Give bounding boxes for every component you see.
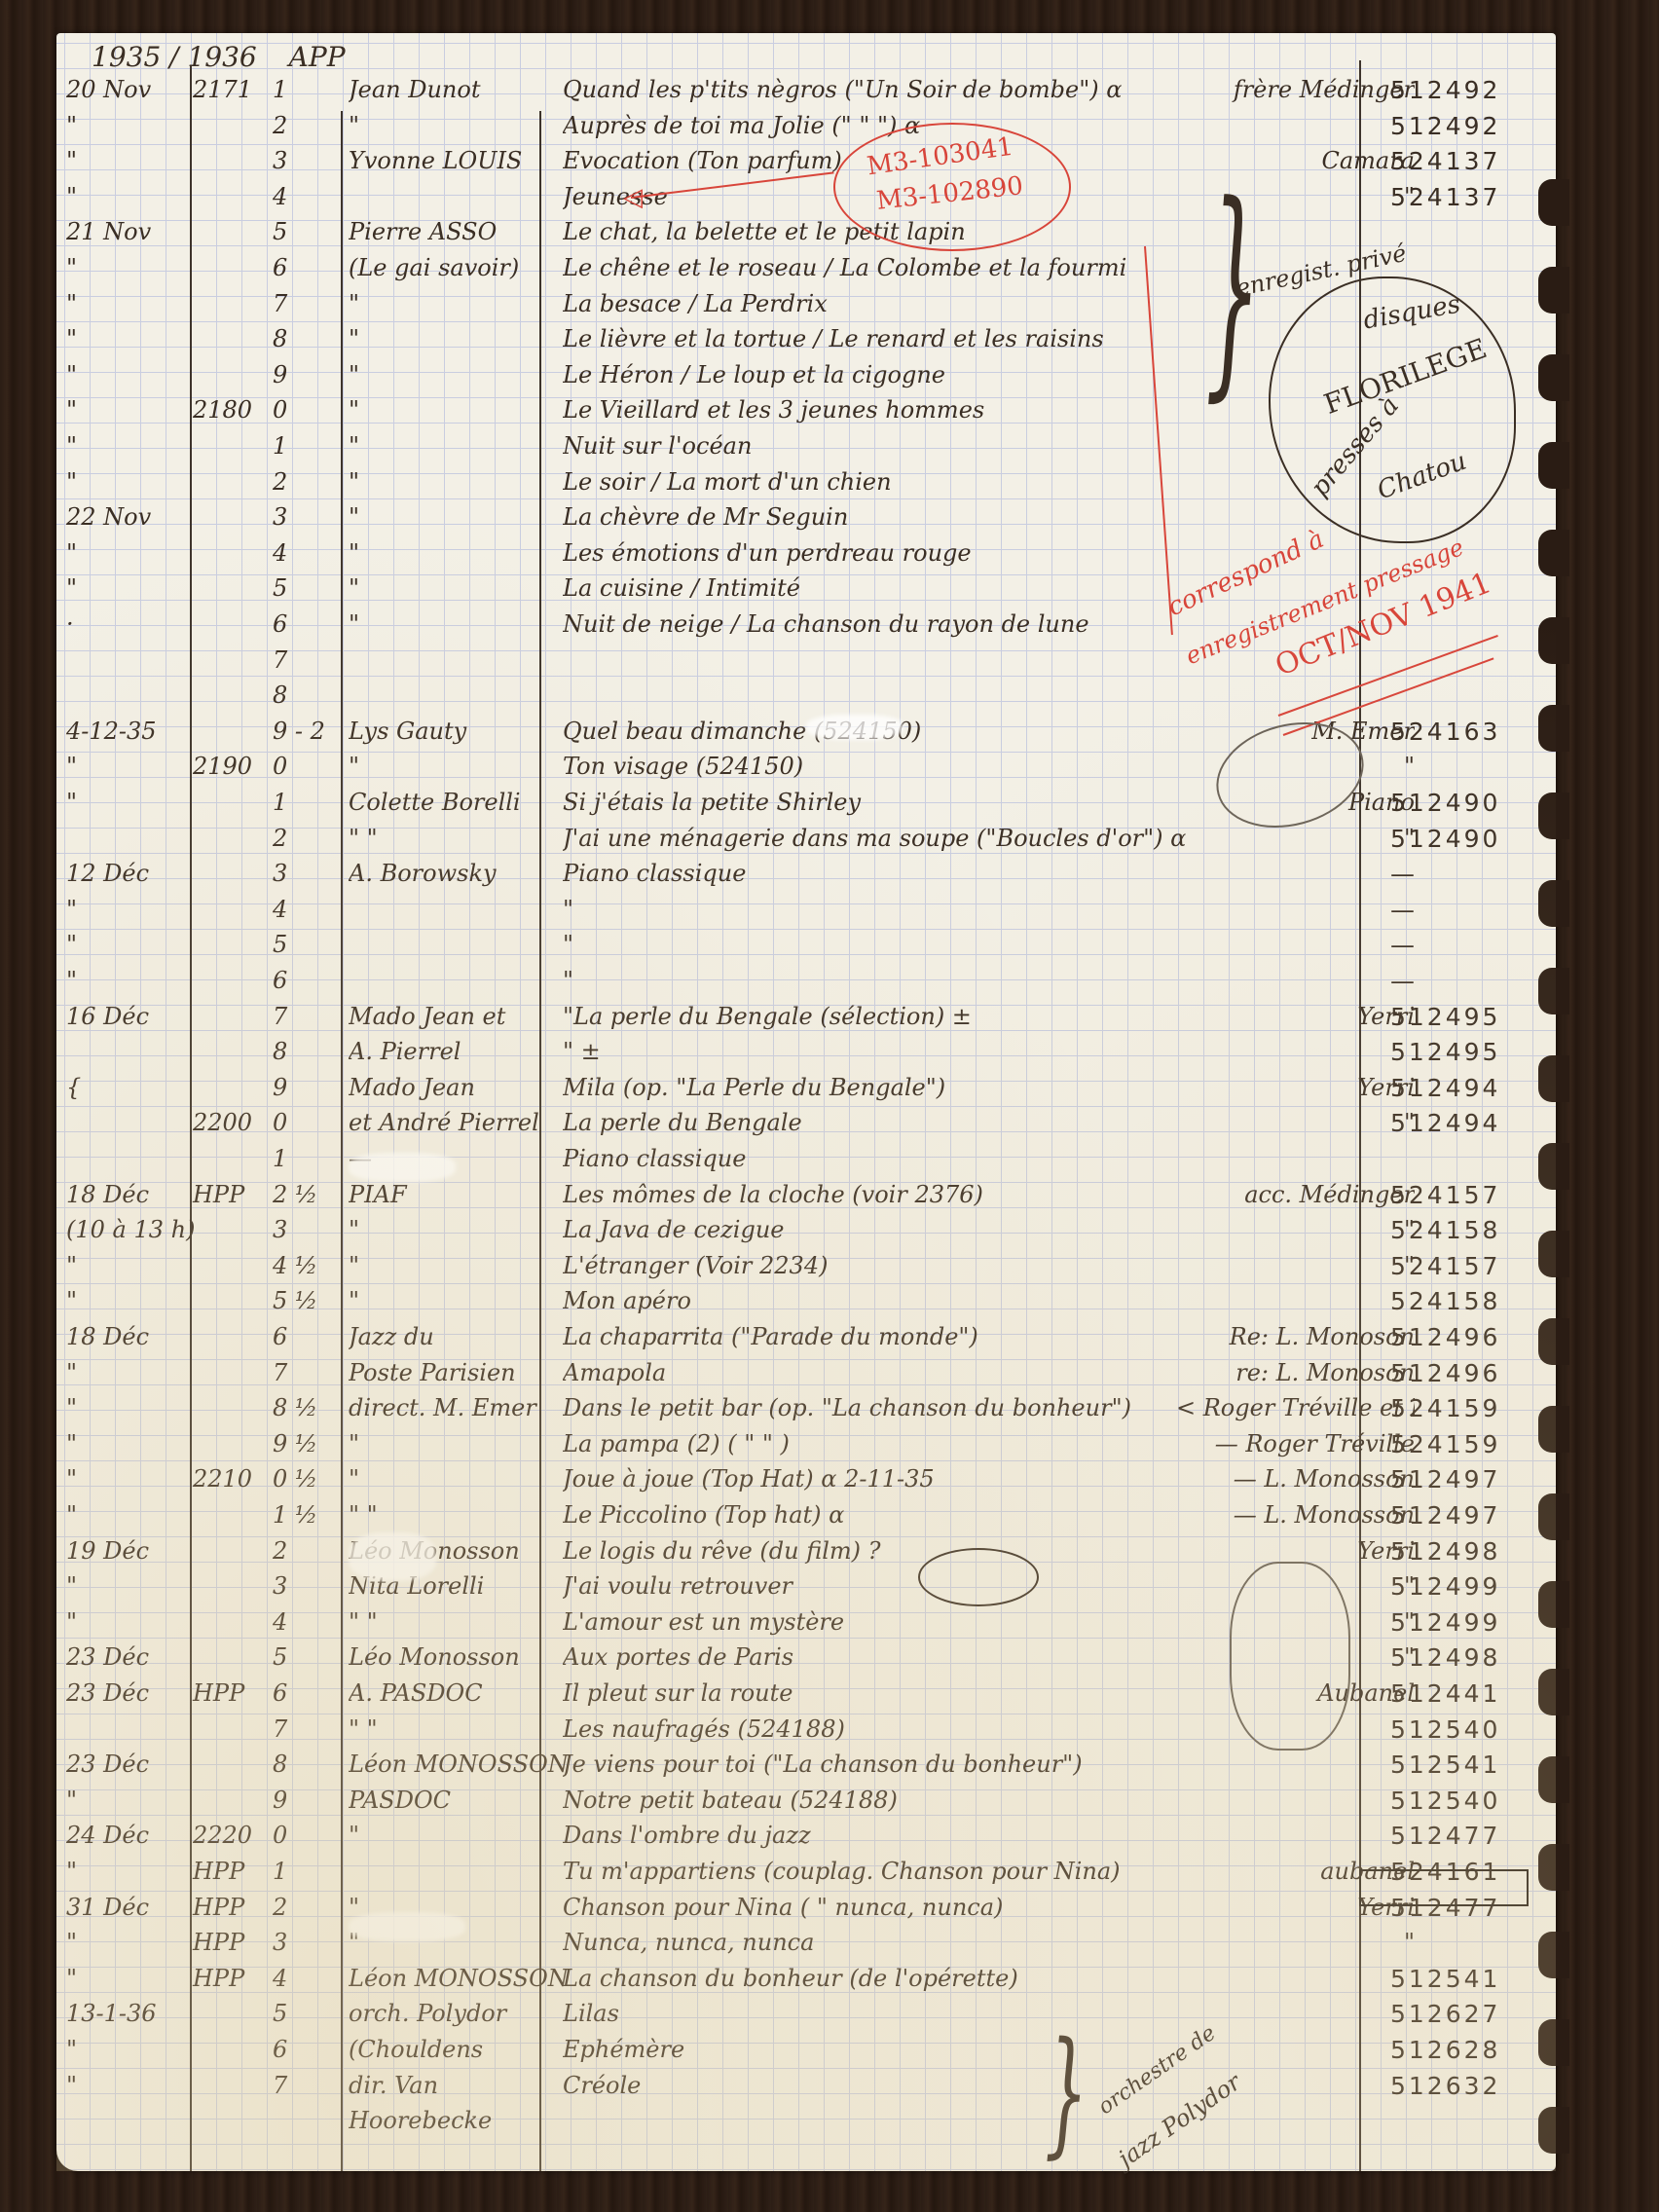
ledger-row: "8 ½direct. M. EmerDans le petit bar (op… [56, 1392, 1556, 1427]
row-catalog-reference: — [1390, 967, 1546, 995]
boxed-reference [1359, 1869, 1529, 1906]
row-catalog-reference: 512441 [1390, 1679, 1546, 1708]
row-note: acc. Médinger [1176, 1181, 1415, 1208]
row-date: 23 Déc [66, 1643, 183, 1671]
row-title: Nuit sur l'océan [563, 432, 1196, 460]
row-catalog-reference: 512627 [1390, 2000, 1546, 2028]
row-catalog-reference: 512492 [1390, 76, 1546, 104]
header-years: 1935 / 1936 [92, 41, 257, 73]
row-catalog-reference: 524157 [1390, 1181, 1546, 1209]
ledger-row: 18 DécHPP2 ½PIAFLes mômes de la cloche (… [56, 1179, 1556, 1214]
row-catalog-reference: 524159 [1390, 1394, 1546, 1422]
ledger-row: "2"Auprès de toi ma Jolie (" " ") α51249… [56, 110, 1556, 145]
row-matrix-number: 2220 [193, 1822, 280, 1849]
row-catalog-reference: 512540 [1390, 1715, 1546, 1744]
ledger-row: Hoorebecke [56, 2105, 1556, 2140]
row-take-number: 8 [273, 1751, 331, 1778]
row-take-number: 2 [273, 1537, 331, 1565]
ledger-row: "4Jeunesse"524137 [56, 181, 1556, 216]
row-take-number: 0 [273, 1822, 331, 1849]
row-take-number: 7 [273, 1359, 331, 1386]
row-artist: direct. M. Emer [349, 1394, 592, 1421]
row-date: " [66, 147, 183, 174]
row-artist: orch. Polydor [349, 2000, 592, 2027]
row-take-number: 9 - 2 [273, 718, 331, 745]
row-take-number: 5 ½ [273, 1287, 331, 1314]
row-take-number: 3 [273, 860, 331, 887]
row-title: Dans l'ombre du jazz [563, 1822, 1196, 1849]
row-date: " [66, 2072, 183, 2099]
ledger-row: "6(ChouldensEphémère512628 [56, 2034, 1556, 2069]
row-date: " [66, 1359, 183, 1386]
row-take-number: 6 [273, 1323, 331, 1350]
row-take-number: 9 [273, 1074, 331, 1101]
row-date: " [66, 1608, 183, 1636]
row-take-number: 5 [273, 574, 331, 602]
ledger-row: "22100 ½"Joue à joue (Top Hat) α 2-11-35… [56, 1463, 1556, 1498]
row-title: Si j'étais la petite Shirley [563, 789, 1196, 816]
row-date: " [66, 753, 183, 780]
row-artist: Léon MONOSSON [349, 1965, 592, 1992]
row-artist: " [349, 432, 592, 460]
row-date: (10 à 13 h) [66, 1216, 183, 1243]
ledger-row: 24 Déc22200"Dans l'ombre du jazz512477 [56, 1820, 1556, 1855]
row-date: 18 Déc [66, 1181, 183, 1208]
row-artist: Mado Jean et [349, 1003, 592, 1030]
row-title: Aux portes de Paris [563, 1643, 1196, 1671]
row-artist: " [349, 574, 592, 602]
row-title: L'étranger (Voir 2234) [563, 1252, 1196, 1279]
row-matrix-number: HPP [193, 1679, 280, 1707]
row-catalog-reference: — [1390, 860, 1546, 888]
row-catalog-reference: 512495 [1390, 1003, 1546, 1031]
row-title: "La perle du Bengale (sélection) ± [563, 1003, 1196, 1030]
row-take-number: 1 [273, 1858, 331, 1885]
row-date: " [66, 2036, 183, 2063]
row-date: " [66, 1394, 183, 1421]
row-artist: " [349, 1430, 592, 1457]
row-date: " [66, 1572, 183, 1600]
row-take-number: 1 [273, 76, 331, 103]
row-take-number: 2 ½ [273, 1181, 331, 1208]
row-artist: Mado Jean [349, 1074, 592, 1101]
ledger-row: 18 Déc6Jazz duLa chaparrita ("Parade du … [56, 1321, 1556, 1356]
row-title: Mila (op. "La Perle du Bengale") [563, 1074, 1196, 1101]
row-title: La perle du Bengale [563, 1109, 1196, 1136]
ledger-row: 23 Déc8Léon MONOSSONJe viens pour toi ("… [56, 1749, 1556, 1784]
row-take-number: 7 [273, 290, 331, 317]
row-artist: Jean Dunot [349, 76, 592, 103]
red-arrow-head-icon: ◁ [623, 183, 643, 212]
ledger-row: "9PASDOCNotre petit bateau (524188)51254… [56, 1785, 1556, 1820]
row-title: Nunca, nunca, nunca [563, 1929, 1196, 1956]
row-artist: dir. Van [349, 2072, 592, 2099]
ledger-row: 12 Déc3A. BorowskyPiano classique— [56, 858, 1556, 893]
row-artist: Léon MONOSSON [349, 1751, 592, 1778]
row-date: 23 Déc [66, 1679, 183, 1707]
row-note: < Roger Tréville et Laure Hayward [1176, 1394, 1415, 1421]
row-date: { [66, 1074, 183, 1101]
row-catalog-reference: 512498 [1390, 1537, 1546, 1566]
row-date: 21 Nov [66, 218, 183, 245]
row-note: — Roger Tréville [1176, 1430, 1415, 1457]
row-title: Ton visage (524150) [563, 753, 1196, 780]
ledger-row: "9 ½"La pampa (2) ( " " )— Roger Trévill… [56, 1428, 1556, 1463]
ledger-row: 13-1-365orch. PolydorLilas512627 [56, 1998, 1556, 2033]
row-artist: " [349, 1216, 592, 1243]
row-artist: A. PASDOC [349, 1679, 592, 1707]
row-artist: " " [349, 1715, 592, 1743]
row-take-number: 5 [273, 2000, 331, 2027]
row-title: " [563, 896, 1196, 923]
row-title: Il pleut sur la route [563, 1679, 1196, 1707]
du-film-circle [918, 1548, 1039, 1606]
correction-fluid-mark [349, 1532, 436, 1581]
row-catalog-reference: 512540 [1390, 1787, 1546, 1815]
row-take-number: 6 [273, 254, 331, 281]
row-artist: Lys Gauty [349, 718, 592, 745]
row-matrix-number: HPP [193, 1965, 280, 1992]
row-title: Les émotions d'un perdreau rouge [563, 539, 1196, 567]
row-catalog-reference: 512632 [1390, 2072, 1546, 2100]
row-date: " [66, 1929, 183, 1956]
row-date: 16 Déc [66, 1003, 183, 1030]
row-artist: Colette Borelli [349, 789, 592, 816]
row-catalog-reference: 512628 [1390, 2036, 1546, 2064]
row-catalog-reference: 512498 [1390, 1643, 1546, 1672]
ledger-row: "4"— [56, 894, 1556, 929]
row-take-number: 0 [273, 753, 331, 780]
ledger-row: "1 ½" "Le Piccolino (Top hat) α— L. Mono… [56, 1499, 1556, 1534]
row-take-number: 4 [273, 1608, 331, 1636]
row-title: L'amour est un mystère [563, 1608, 1196, 1636]
row-artist: (Le gai savoir) [349, 254, 592, 281]
row-catalog-reference: 524157 [1390, 1252, 1546, 1280]
row-note: Re: L. Monoson [1176, 1323, 1415, 1350]
row-note: frère Médinger [1176, 76, 1415, 103]
row-artist: " " [349, 1608, 592, 1636]
bracket-icon: } [1205, 177, 1261, 405]
row-note: Yerri [1176, 1074, 1415, 1101]
ledger-row: "4"Les émotions d'un perdreau rouge [56, 537, 1556, 572]
row-date: " [66, 396, 183, 424]
row-date: 20 Nov [66, 76, 183, 103]
row-catalog-reference: 512497 [1390, 1501, 1546, 1530]
row-matrix-number: 2180 [193, 396, 280, 424]
row-title: Notre petit bateau (524188) [563, 1787, 1196, 1814]
row-artist: Pierre ASSO [349, 218, 592, 245]
row-title: Le lièvre et la tortue / Le renard et le… [563, 325, 1196, 352]
row-title: J'ai une ménagerie dans ma soupe ("Boucl… [563, 825, 1196, 852]
row-catalog-reference: — [1390, 896, 1546, 924]
ledger-row: 20 Nov21711Jean DunotQuand les p'tits nè… [56, 74, 1556, 109]
row-title: La Java de cezigue [563, 1216, 1196, 1243]
row-catalog-reference: 512477 [1390, 1822, 1546, 1850]
row-take-number: 4 ½ [273, 1252, 331, 1279]
row-matrix-number: HPP [193, 1181, 280, 1208]
row-take-number: 6 [273, 2036, 331, 2063]
row-title: Joue à joue (Top Hat) α 2-11-35 [563, 1465, 1196, 1493]
row-artist: Léo Monosson [349, 1643, 592, 1671]
row-take-number: 3 [273, 1929, 331, 1956]
row-take-number: 6 [273, 967, 331, 994]
row-matrix-number: 2200 [193, 1109, 280, 1136]
row-artist: Yvonne LOUIS [349, 147, 592, 174]
row-title: Mon apéro [563, 1287, 1196, 1314]
page-header: 1935 / 1936 APP [92, 41, 346, 73]
row-date: " [66, 290, 183, 317]
row-catalog-reference: 512499 [1390, 1572, 1546, 1601]
row-artist: " [349, 361, 592, 388]
row-catalog-reference: 524158 [1390, 1287, 1546, 1315]
row-matrix-number: HPP [193, 1894, 280, 1921]
row-take-number: 5 [273, 218, 331, 245]
row-take-number: 0 [273, 396, 331, 424]
row-take-number: 5 [273, 931, 331, 958]
row-artist: " [349, 610, 592, 638]
row-title: Le logis du rêve (du film) ? [563, 1537, 1196, 1565]
row-date: " [66, 967, 183, 994]
ledger-row: 21 Nov5Pierre ASSOLe chat, la belette et… [56, 216, 1556, 251]
yerri-circle [1230, 1562, 1350, 1751]
row-take-number: 2 [273, 112, 331, 139]
row-title: La chanson du bonheur (de l'opérette) [563, 1965, 1196, 1992]
row-date: " [66, 1787, 183, 1814]
row-artist: A. Pierrel [349, 1038, 592, 1065]
ledger-row: "7dir. VanCréole512632 [56, 2070, 1556, 2105]
row-artist: " [349, 753, 592, 780]
row-catalog-reference: 512490 [1390, 789, 1546, 817]
row-catalog-reference: 524159 [1390, 1430, 1546, 1458]
row-title: La pampa (2) ( " " ) [563, 1430, 1196, 1457]
row-take-number: 5 [273, 1643, 331, 1671]
row-note: re: L. Monoson [1176, 1359, 1415, 1386]
row-catalog-reference: 524158 [1390, 1216, 1546, 1244]
row-title: Chanson pour Nina ( " nunca, nunca) [563, 1894, 1196, 1921]
row-title: Amapola [563, 1359, 1196, 1386]
row-title: Les mômes de la cloche (voir 2376) [563, 1181, 1196, 1208]
row-matrix-number: HPP [193, 1929, 280, 1956]
row-take-number: 7 [273, 2072, 331, 2099]
correction-fluid-mark [349, 1153, 456, 1182]
row-date: 4-12-35 [66, 718, 183, 745]
row-date: " [66, 254, 183, 281]
row-date: " [66, 112, 183, 139]
row-take-number: 4 [273, 539, 331, 567]
row-artist: " [349, 468, 592, 496]
ledger-row: 1—Piano classique [56, 1143, 1556, 1178]
correction-fluid-mark [349, 1912, 465, 1941]
row-take-number: 2 [273, 468, 331, 496]
row-artist: " [349, 325, 592, 352]
row-title: Le Vieillard et les 3 jeunes hommes [563, 396, 1196, 424]
row-catalog-reference: 512490 [1390, 825, 1546, 853]
row-artist: " [349, 1822, 592, 1849]
row-title: Nuit de neige / La chanson du rayon de l… [563, 610, 1196, 638]
row-artist: Poste Parisien [349, 1359, 592, 1386]
row-artist: " [349, 1465, 592, 1493]
row-note: " [1176, 1216, 1415, 1243]
row-title: Le Héron / Le loup et la cigogne [563, 361, 1196, 388]
row-date: " [66, 1501, 183, 1529]
row-note: — L. Monosson [1176, 1501, 1415, 1529]
row-artist: " [349, 396, 592, 424]
row-artist: PIAF [349, 1181, 592, 1208]
row-title: Piano classique [563, 860, 1196, 887]
row-take-number: 2 [273, 1894, 331, 1921]
row-catalog-reference: 512492 [1390, 112, 1546, 140]
row-title: " ± [563, 1038, 1196, 1065]
row-artist: " [349, 539, 592, 567]
ledger-row: 22000et André PierrelLa perle du Bengale… [56, 1107, 1556, 1142]
row-title: La chaparrita ("Parade du monde") [563, 1323, 1196, 1350]
row-title: Les naufragés (524188) [563, 1715, 1196, 1743]
row-date: " [66, 468, 183, 496]
row-date: " [66, 1965, 183, 1992]
correction-fluid-mark [806, 715, 903, 740]
row-date: " [66, 896, 183, 923]
row-date: " [66, 183, 183, 210]
row-take-number: 8 [273, 1038, 331, 1065]
row-take-number: 7 [273, 1715, 331, 1743]
row-date: " [66, 1430, 183, 1457]
row-date: " [66, 432, 183, 460]
row-catalog-reference: 512499 [1390, 1608, 1546, 1637]
row-matrix-number: 2171 [193, 76, 280, 103]
row-date: 19 Déc [66, 1537, 183, 1565]
row-title: Le Piccolino (Top hat) α [563, 1501, 1196, 1529]
row-date: 22 Nov [66, 503, 183, 531]
row-catalog-reference: 512541 [1390, 1751, 1546, 1779]
row-take-number: 7 [273, 646, 331, 674]
row-take-number: 0 [273, 1109, 331, 1136]
row-date: " [66, 1465, 183, 1493]
row-take-number: 8 ½ [273, 1394, 331, 1421]
row-title: Quand les p'tits nègros ("Un Soir de bom… [563, 76, 1196, 103]
row-take-number: 3 [273, 1216, 331, 1243]
row-artist: " [349, 503, 592, 531]
row-take-number: 6 [273, 1679, 331, 1707]
row-date: " [66, 1287, 183, 1314]
row-catalog-reference: 512541 [1390, 1965, 1546, 1993]
row-artist: Hoorebecke [349, 2107, 592, 2134]
row-take-number: 9 [273, 1787, 331, 1814]
row-catalog-reference: 512495 [1390, 1038, 1546, 1066]
row-take-number: 1 ½ [273, 1501, 331, 1529]
row-title: La chèvre de Mr Seguin [563, 503, 1196, 531]
row-catalog-reference: 524137 [1390, 183, 1546, 211]
row-artist: " " [349, 1501, 592, 1529]
row-take-number: 1 [273, 432, 331, 460]
row-catalog-reference: — [1390, 931, 1546, 959]
row-title: La cuisine / Intimité [563, 574, 1196, 602]
row-date: " [66, 1858, 183, 1885]
row-artist: " [349, 290, 592, 317]
row-take-number: 8 [273, 682, 331, 709]
row-take-number: 8 [273, 325, 331, 352]
row-catalog-reference: 524163 [1390, 718, 1546, 746]
ledger-row: "HPP3"Nunca, nunca, nunca" [56, 1927, 1556, 1962]
ledger-row: "6"— [56, 965, 1556, 1000]
ledger-row: "5 ½"Mon apéro524158 [56, 1285, 1556, 1320]
row-catalog-reference: 512496 [1390, 1323, 1546, 1351]
row-matrix-number: 2210 [193, 1465, 280, 1493]
row-artist: Jazz du [349, 1323, 592, 1350]
notebook-page: 1935 / 1936 APP 20 Nov21711Jean DunotQua… [56, 33, 1556, 2171]
row-title: Je viens pour toi ("La chanson du bonheu… [563, 1751, 1196, 1778]
row-take-number: 6 [273, 610, 331, 638]
row-note: " [1176, 1252, 1415, 1279]
row-title: Tu m'appartiens (couplag. Chanson pour N… [563, 1858, 1196, 1885]
row-date: " [66, 931, 183, 958]
row-title: Ephémère [563, 2036, 1196, 2063]
row-title: Auprès de toi ma Jolie (" " ") α [563, 112, 1196, 139]
ledger-row: "7Poste ParisienAmapolare: L. Monoson512… [56, 1357, 1556, 1392]
row-date: 13-1-36 [66, 2000, 183, 2027]
ledger-row: "HPP4Léon MONOSSONLa chanson du bonheur … [56, 1963, 1556, 1998]
row-catalog-reference: 524137 [1390, 147, 1546, 175]
row-catalog-reference: 512494 [1390, 1109, 1546, 1137]
row-artist: A. Borowsky [349, 860, 592, 887]
row-date: " [66, 789, 183, 816]
header-label: APP [289, 41, 346, 73]
row-note: " [1176, 825, 1415, 852]
ledger-row: "5"— [56, 929, 1556, 964]
row-note: " [1176, 1109, 1415, 1136]
row-catalog-reference: 512496 [1390, 1359, 1546, 1387]
row-title: " [563, 931, 1196, 958]
row-artist: " [349, 1252, 592, 1279]
row-take-number: 1 [273, 1145, 331, 1172]
row-title: J'ai voulu retrouver [563, 1572, 1196, 1600]
row-date: " [66, 539, 183, 567]
ledger-row: 2" "J'ai une ménagerie dans ma soupe ("B… [56, 823, 1556, 858]
row-artist: (Chouldens [349, 2036, 592, 2063]
row-artist: PASDOC [349, 1787, 592, 1814]
row-artist: " [349, 112, 592, 139]
row-date: " [66, 1252, 183, 1279]
row-take-number: 9 [273, 361, 331, 388]
row-artist: " [349, 1287, 592, 1314]
row-take-number: 4 [273, 1965, 331, 1992]
row-date: " [66, 574, 183, 602]
ledger-row: (10 à 13 h)3"La Java de cezigue"524158 [56, 1214, 1556, 1249]
row-date: 23 Déc [66, 1751, 183, 1778]
row-take-number: 1 [273, 789, 331, 816]
row-take-number: 9 ½ [273, 1430, 331, 1457]
ledger-row: 16 Déc7Mado Jean et"La perle du Bengale … [56, 1001, 1556, 1036]
orchestre-bracket-icon: } [1045, 2024, 1088, 2160]
row-date: " [66, 361, 183, 388]
ledger-row: 8A. Pierrel" ±512495 [56, 1036, 1556, 1071]
row-title: " [563, 967, 1196, 994]
row-title: Le chêne et le roseau / La Colombe et la… [563, 254, 1196, 281]
row-take-number: 3 [273, 147, 331, 174]
row-catalog-reference: 512497 [1390, 1465, 1546, 1493]
row-take-number: 0 ½ [273, 1465, 331, 1493]
ledger-row: 31 DécHPP2"Chanson pour Nina ( " nunca, … [56, 1892, 1556, 1927]
row-take-number: 3 [273, 503, 331, 531]
row-date: 18 Déc [66, 1323, 183, 1350]
row-note: Yerri [1176, 1537, 1415, 1565]
ledger-row: "4 ½"L'étranger (Voir 2234)"524157 [56, 1250, 1556, 1285]
row-date: " [66, 325, 183, 352]
row-title: Lilas [563, 2000, 1196, 2027]
row-take-number: 2 [273, 825, 331, 852]
row-take-number: 3 [273, 1572, 331, 1600]
row-take-number: 7 [273, 1003, 331, 1030]
row-take-number: 4 [273, 896, 331, 923]
